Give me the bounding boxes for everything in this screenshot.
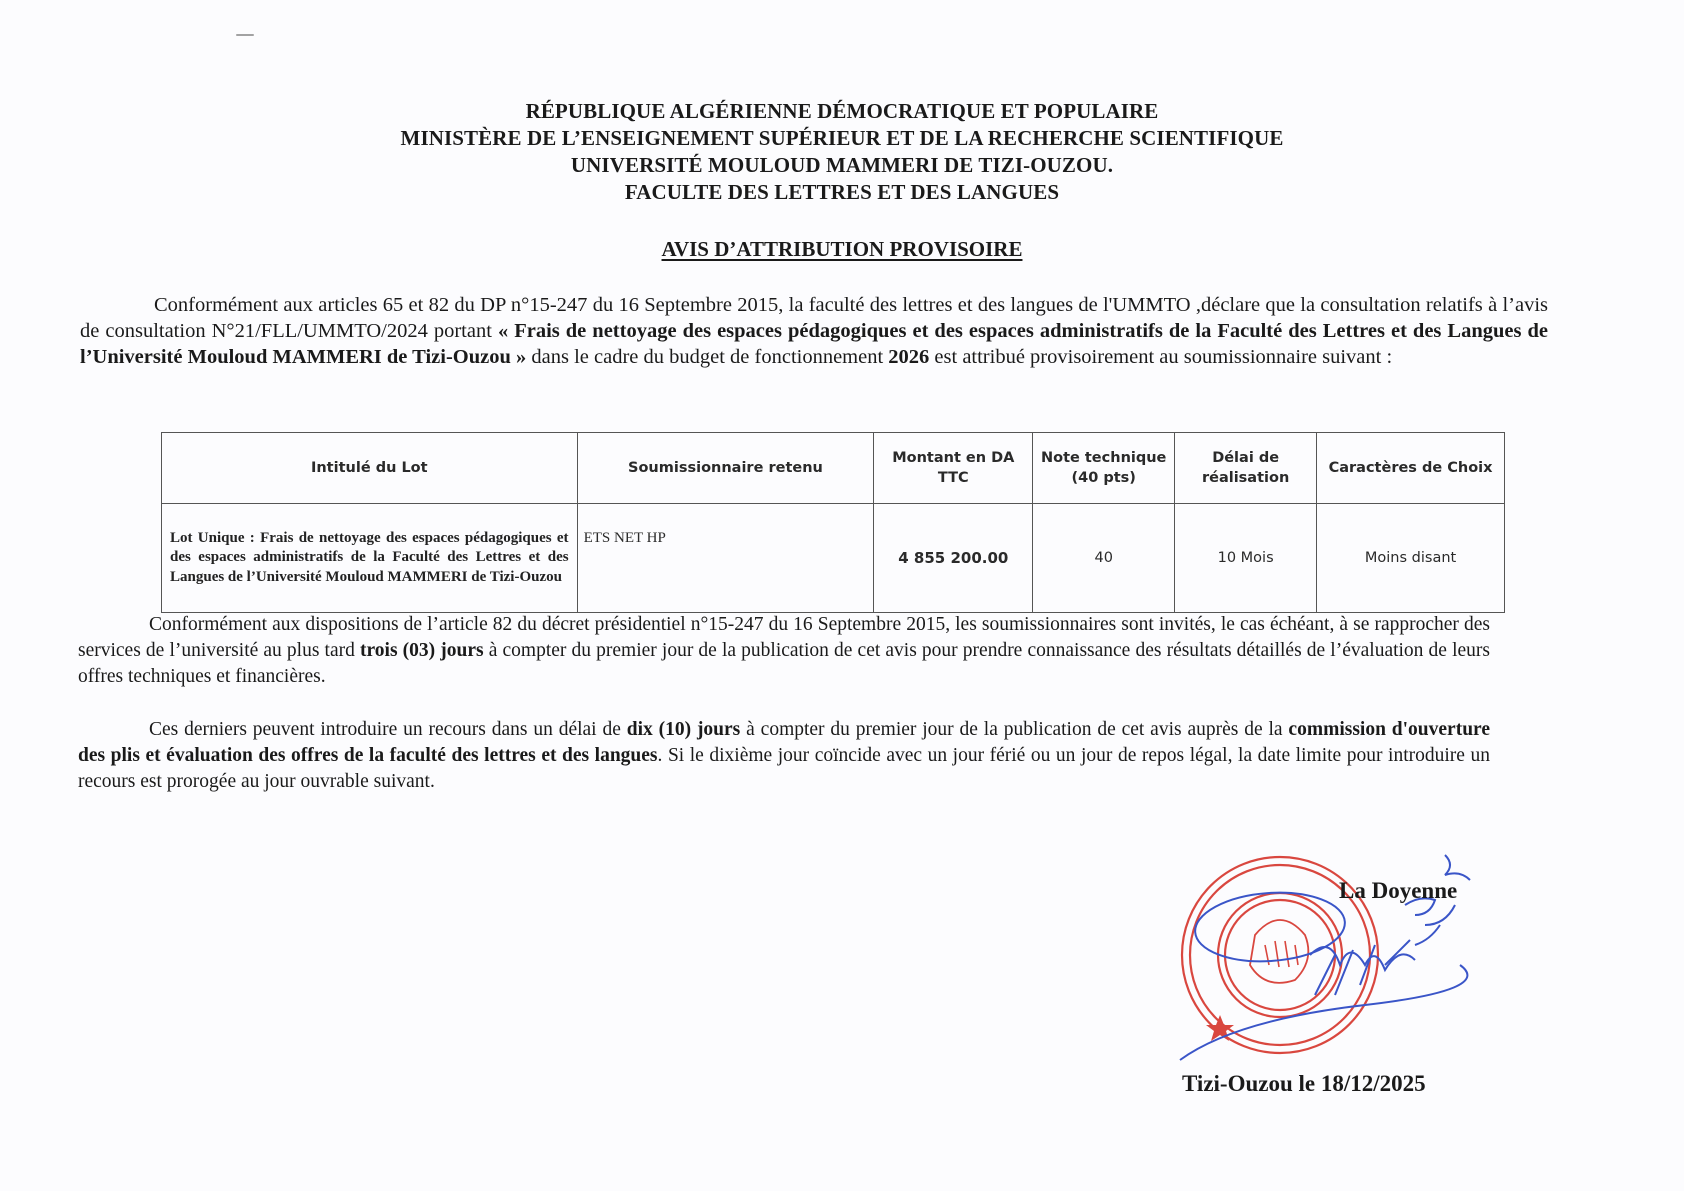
cell-supplier: ETS NET HP [577, 504, 874, 613]
cell-score: 40 [1033, 504, 1175, 613]
signatory-title: La Doyenne [1339, 878, 1457, 904]
col-supplier: Soumissionnaire retenu [577, 433, 874, 504]
cell-criteria: Moins disant [1317, 504, 1505, 613]
header-line-university: UNIVERSITÉ MOULOUD MAMMERI DE TIZI-OUZOU… [0, 152, 1684, 179]
intro-paragraph: Conformément aux articles 65 et 82 du DP… [80, 292, 1548, 370]
header-line-faculty: FACULTE DES LETTRES ET DES LANGUES [0, 179, 1684, 206]
cell-delay: 10 Mois [1175, 504, 1317, 613]
cell-lot: Lot Unique : Frais de nettoyage des espa… [162, 504, 578, 613]
place-and-date: Tizi-Ouzou le 18/12/2025 [1182, 1071, 1426, 1097]
cell-amount: 4 855 200.00 [874, 504, 1033, 613]
appeal-paragraph: Ces derniers peuvent introduire un recou… [78, 717, 1490, 795]
attribution-table: Intitulé du Lot Soumissionnaire retenu M… [161, 432, 1505, 613]
header-line-ministry: MINISTÈRE DE L’ENSEIGNEMENT SUPÉRIEUR ET… [0, 125, 1684, 152]
document-page: RÉPUBLIQUE ALGÉRIENNE DÉMOCRATIQUE ET PO… [0, 0, 1684, 1191]
col-technical-score: Note technique (40 pts) [1033, 433, 1175, 504]
col-criteria: Caractères de Choix [1317, 433, 1505, 504]
col-lot-title: Intitulé du Lot [162, 433, 578, 504]
header-line-republic: RÉPUBLIQUE ALGÉRIENNE DÉMOCRATIQUE ET PO… [0, 98, 1684, 125]
document-title: AVIS D’ATTRIBUTION PROVISOIRE [0, 237, 1684, 262]
letterhead: RÉPUBLIQUE ALGÉRIENNE DÉMOCRATIQUE ET PO… [0, 98, 1684, 206]
consultation-paragraph: Conformément aux dispositions de l’artic… [78, 612, 1490, 690]
col-amount: Montant en DA TTC [874, 433, 1033, 504]
scan-mark [236, 34, 254, 36]
col-delay: Délai de réalisation [1175, 433, 1317, 504]
table-row: Lot Unique : Frais de nettoyage des espa… [162, 504, 1505, 613]
table-header-row: Intitulé du Lot Soumissionnaire retenu M… [162, 433, 1505, 504]
